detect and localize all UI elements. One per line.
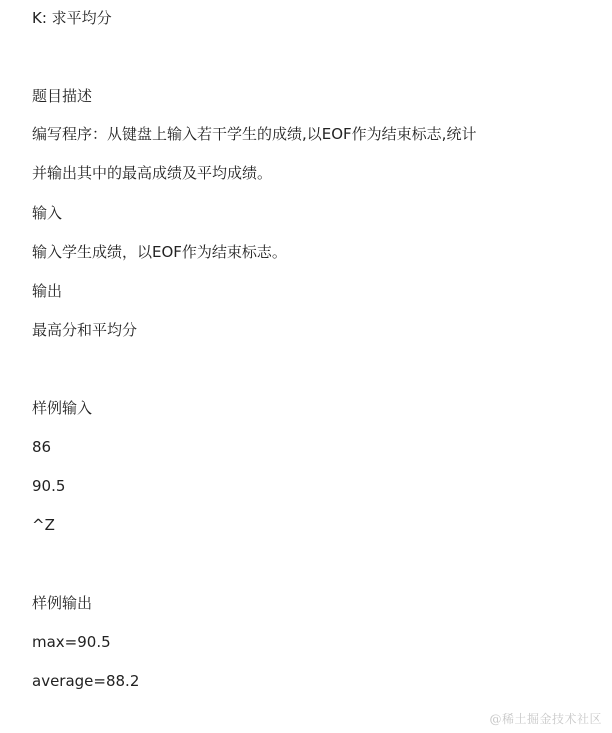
- sample-output-line: max=90.5: [32, 632, 111, 652]
- description-heading: 题目描述: [32, 86, 92, 106]
- watermark: @稀土掘金技术社区: [489, 710, 602, 727]
- sample-input-line: 86: [32, 437, 51, 457]
- description-line-2: 并输出其中的最高成绩及平均成绩。: [32, 163, 272, 183]
- sample-output-heading: 样例输出: [32, 593, 92, 613]
- sample-input-heading: 样例输入: [32, 398, 92, 418]
- input-text: 输入学生成绩，以EOF作为结束标志。: [32, 242, 287, 262]
- sample-input-line: ^Z: [32, 515, 55, 535]
- sample-output-line: average=88.2: [32, 671, 139, 691]
- description-line-1: 编写程序：从键盘上输入若干学生的成绩,以EOF作为结束标志,统计: [32, 124, 476, 144]
- output-text: 最高分和平均分: [32, 320, 137, 340]
- sample-input-line: 90.5: [32, 476, 65, 496]
- problem-title: K: 求平均分: [32, 8, 112, 28]
- input-heading: 输入: [32, 203, 62, 223]
- output-heading: 输出: [32, 281, 62, 301]
